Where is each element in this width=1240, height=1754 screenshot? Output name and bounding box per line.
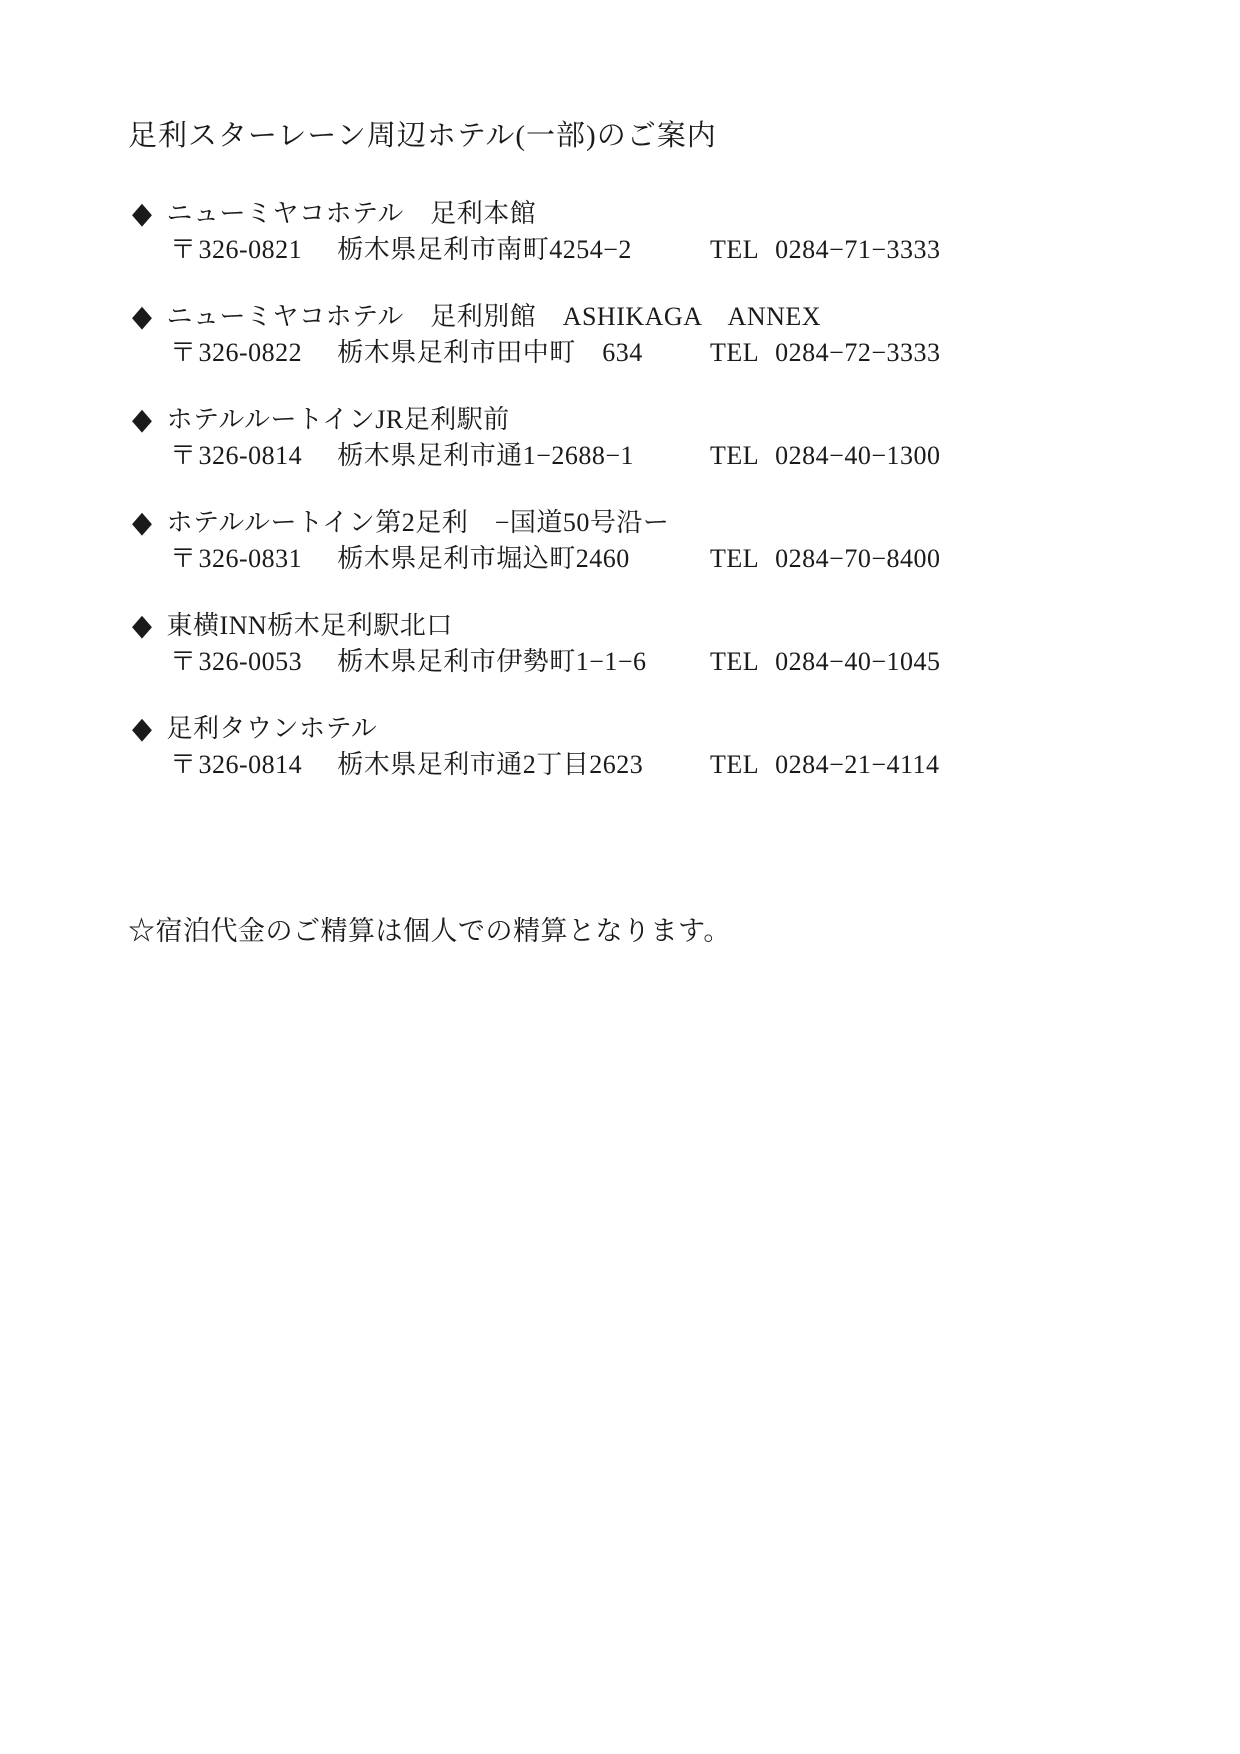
hotel-name: 東横INN栃木足利駅北口 xyxy=(167,608,453,644)
tel-label: TEL xyxy=(710,544,759,573)
tel-label: TEL xyxy=(710,235,759,264)
postal-code: 326-0821 xyxy=(199,235,303,264)
postal-mark-icon: 〒 xyxy=(170,235,197,264)
document-page: 足利スターレーン周辺ホテル(一部)のご案内 ◆ ニューミヤコホテル 足利本館 〒… xyxy=(0,0,1240,1754)
diamond-bullet-icon: ◆ xyxy=(132,605,153,646)
diamond-bullet-icon: ◆ xyxy=(132,193,153,234)
tel-group: TEL0284−40−1045 xyxy=(710,644,940,680)
document-content: 足利スターレーン周辺ホテル(一部)のご案内 ◆ ニューミヤコホテル 足利本館 〒… xyxy=(0,0,1240,949)
tel-label: TEL xyxy=(710,338,759,367)
hotel-name-line: ◆ 足利タウンホテル xyxy=(128,711,1180,747)
tel-number: 0284−71−3333 xyxy=(775,235,940,264)
hotel-name-line: ◆ ニューミヤコホテル 足利本館 xyxy=(128,196,1180,232)
diamond-bullet-icon: ◆ xyxy=(132,296,153,337)
hotel-name-line: ◆ ホテルルートインJR足利駅前 xyxy=(128,402,1180,438)
payment-note: ☆宿泊代金のご精算は個人での精算となります。 xyxy=(128,913,1180,949)
postal-code: 326-0814 xyxy=(199,441,303,470)
diamond-bullet-icon: ◆ xyxy=(132,708,153,749)
postal-code: 326-0053 xyxy=(199,647,303,676)
hotel-list: ◆ ニューミヤコホテル 足利本館 〒326-0821 栃木県足利市南町4254−… xyxy=(128,196,1180,783)
postal-mark-icon: 〒 xyxy=(170,647,197,676)
tel-group: TEL0284−40−1300 xyxy=(710,438,940,474)
hotel-entry: ◆ 東横INN栃木足利駅北口 〒326-0053 栃木県足利市伊勢町1−1−6 … xyxy=(128,608,1180,680)
hotel-address-line: 〒326-0821 栃木県足利市南町4254−2 TEL0284−71−3333 xyxy=(128,232,1180,268)
postal-mark-icon: 〒 xyxy=(170,338,197,367)
hotel-name-line: ◆ ニューミヤコホテル 足利別館 ASHIKAGA ANNEX xyxy=(128,299,1180,335)
hotel-address-line: 〒326-0822 栃木県足利市田中町 634 TEL0284−72−3333 xyxy=(128,335,1180,371)
hotel-address-line: 〒326-0831 栃木県足利市堀込町2460 TEL0284−70−8400 xyxy=(128,541,1180,577)
hotel-address: 栃木県足利市堀込町2460 xyxy=(337,544,630,573)
hotel-name: 足利タウンホテル xyxy=(167,711,378,747)
hotel-entry: ◆ ホテルルートインJR足利駅前 〒326-0814 栃木県足利市通1−2688… xyxy=(128,402,1180,474)
hotel-address: 栃木県足利市通1−2688−1 xyxy=(337,441,634,470)
page-title: 足利スターレーン周辺ホテル(一部)のご案内 xyxy=(128,118,1180,154)
diamond-bullet-icon: ◆ xyxy=(132,399,153,440)
hotel-name: ニューミヤコホテル 足利本館 xyxy=(167,196,537,232)
postal-code: 326-0814 xyxy=(199,750,303,779)
postal-code: 326-0822 xyxy=(199,338,303,367)
diamond-bullet-icon: ◆ xyxy=(132,502,153,543)
postal-mark-icon: 〒 xyxy=(170,750,197,779)
tel-group: TEL0284−70−8400 xyxy=(710,541,940,577)
hotel-entry: ◆ ニューミヤコホテル 足利本館 〒326-0821 栃木県足利市南町4254−… xyxy=(128,196,1180,268)
tel-number: 0284−40−1045 xyxy=(775,647,940,676)
hotel-address: 栃木県足利市田中町 634 xyxy=(337,338,643,367)
hotel-address: 栃木県足利市南町4254−2 xyxy=(337,235,632,264)
hotel-name-line: ◆ 東横INN栃木足利駅北口 xyxy=(128,608,1180,644)
tel-group: TEL0284−72−3333 xyxy=(710,335,940,371)
hotel-name: ニューミヤコホテル 足利別館 ASHIKAGA ANNEX xyxy=(167,299,822,335)
tel-label: TEL xyxy=(710,441,759,470)
hotel-address-line: 〒326-0053 栃木県足利市伊勢町1−1−6 TEL0284−40−1045 xyxy=(128,644,1180,680)
hotel-name: ホテルルートイン第2足利 −国道50号沿ー xyxy=(167,505,670,541)
hotel-address-line: 〒326-0814 栃木県足利市通2丁目2623 TEL0284−21−4114 xyxy=(128,747,1180,783)
tel-number: 0284−40−1300 xyxy=(775,441,940,470)
hotel-name-line: ◆ ホテルルートイン第2足利 −国道50号沿ー xyxy=(128,505,1180,541)
tel-label: TEL xyxy=(710,647,759,676)
hotel-address-line: 〒326-0814 栃木県足利市通1−2688−1 TEL0284−40−130… xyxy=(128,438,1180,474)
tel-group: TEL0284−21−4114 xyxy=(710,747,940,783)
tel-group: TEL0284−71−3333 xyxy=(710,232,940,268)
postal-code: 326-0831 xyxy=(199,544,303,573)
postal-mark-icon: 〒 xyxy=(170,441,197,470)
postal-mark-icon: 〒 xyxy=(170,544,197,573)
tel-number: 0284−72−3333 xyxy=(775,338,940,367)
hotel-entry: ◆ ホテルルートイン第2足利 −国道50号沿ー 〒326-0831 栃木県足利市… xyxy=(128,505,1180,577)
hotel-entry: ◆ ニューミヤコホテル 足利別館 ASHIKAGA ANNEX 〒326-082… xyxy=(128,299,1180,371)
tel-label: TEL xyxy=(710,750,759,779)
hotel-name: ホテルルートインJR足利駅前 xyxy=(167,402,510,438)
tel-number: 0284−70−8400 xyxy=(775,544,940,573)
tel-number: 0284−21−4114 xyxy=(775,750,939,779)
hotel-address: 栃木県足利市通2丁目2623 xyxy=(337,750,643,779)
hotel-address: 栃木県足利市伊勢町1−1−6 xyxy=(337,647,646,676)
hotel-entry: ◆ 足利タウンホテル 〒326-0814 栃木県足利市通2丁目2623 TEL0… xyxy=(128,711,1180,783)
